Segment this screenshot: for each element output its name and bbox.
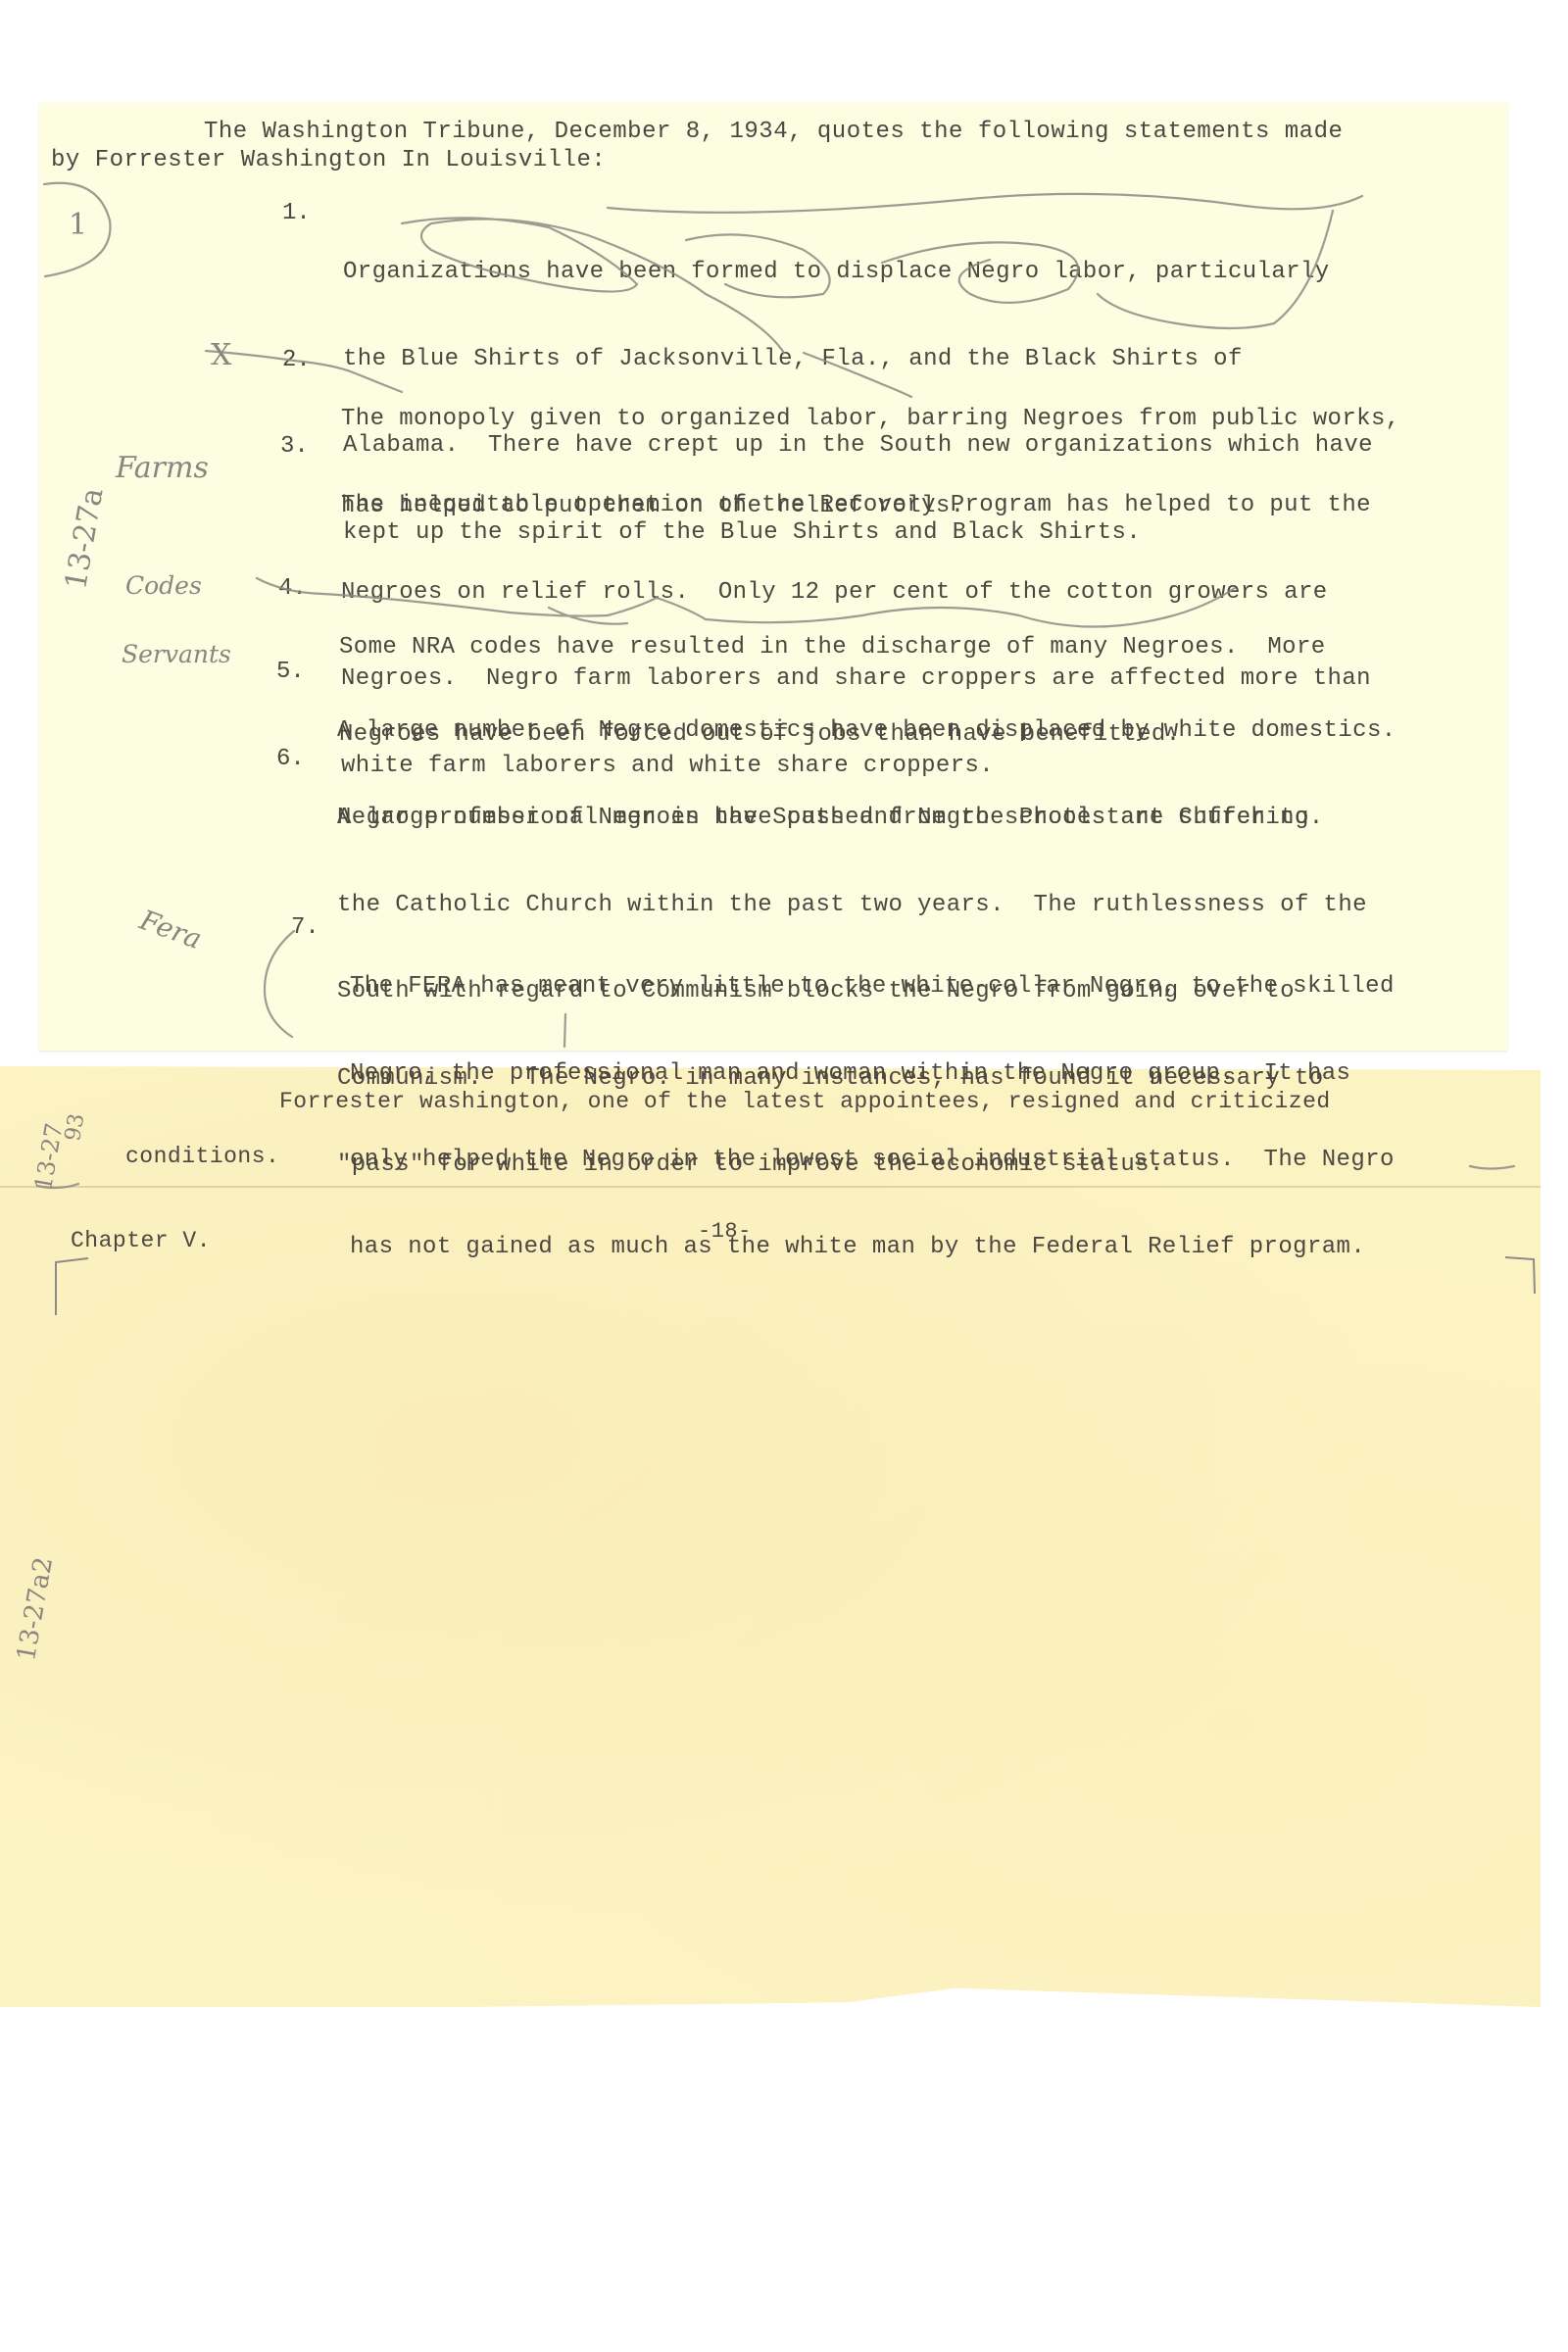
handwritten-note-servants: Servants [122,640,231,668]
item-number: 1. [282,200,311,226]
item-line: only helped the Negro in the lowest soci… [350,1146,1395,1175]
intro-line-2: by Forrester Washington In Louisville: [51,146,606,174]
item-number: 6. [276,746,305,772]
handwritten-sub-second-slip: 93 [61,1111,89,1143]
item-line: Organizations have been formed to displa… [343,258,1373,287]
item-number: 5. [276,659,305,685]
item-number: 7. [291,914,319,941]
handwritten-note-farms: Farms [116,451,209,485]
second-slip-line-2: conditions. [125,1143,279,1171]
chapter-label: Chapter V. [71,1227,211,1255]
handwritten-circled-number: 1 [69,208,87,242]
item-line: The monopoly given to organized labor, b… [341,405,1400,434]
item-line: The inequitable operation of the Recover… [341,491,1371,520]
item-line: Negro, the professional man and woman wi… [350,1059,1395,1089]
item-line: A large number of Negro domestics have b… [337,716,1396,746]
item-line: The FERA has meant very little to the wh… [350,972,1395,1002]
intro-line-1: The Washington Tribune, December 8, 1934… [204,118,1343,146]
item-number: 3. [280,433,309,460]
item-line: A large number of Negroes have passed fr… [337,804,1367,833]
item-line: has not gained as much as the white man … [350,1233,1395,1262]
item-number: 2. [282,347,311,373]
item-number: 4. [278,575,307,602]
handwritten-x-mark: X [211,338,231,372]
handwritten-note-codes: Codes [125,571,202,600]
